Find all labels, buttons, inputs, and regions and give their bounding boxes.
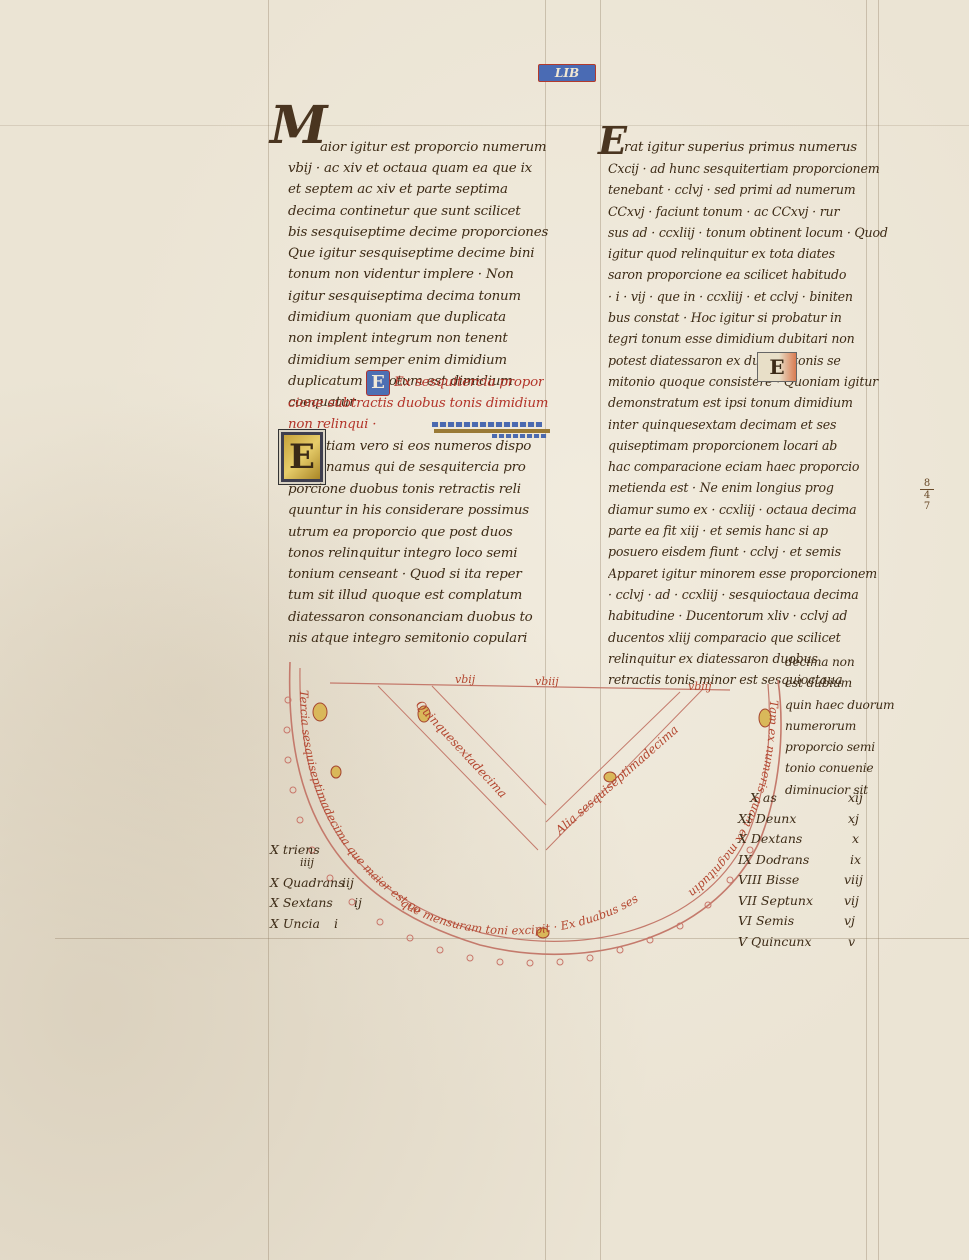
table-value: vj (844, 913, 855, 928)
table-value: x (852, 831, 859, 846)
table-value: v (848, 934, 855, 949)
table-value: i (334, 916, 338, 931)
diagram-arc-right-label: Tam ex numeris quam ex magnitudine semit… (0, 0, 781, 900)
table-name: X Sextans (270, 895, 333, 910)
table-name: X triens (270, 842, 320, 857)
table-name: X Dextans (738, 831, 802, 846)
table-name: X Quadrans (270, 875, 345, 890)
diagram-inner-left-label: Quinquesextadecima (413, 698, 510, 801)
diagram-top-label: vbiij (688, 680, 712, 693)
diagram-inner-right-label: Alia sesquiseptimadecima (552, 723, 681, 838)
table-value: xij (848, 790, 863, 805)
table-name: XI Deunx (738, 811, 796, 826)
table-value: iiij (300, 856, 314, 869)
table-name: VIII Bisse (738, 872, 799, 887)
table-value: xj (848, 811, 859, 826)
table-value: vij (844, 893, 859, 908)
semitone-diagram: vbij vbiij vbiij Quinquesextadecima Alia… (0, 0, 969, 1260)
table-value: ix (850, 852, 861, 867)
diagram-arc-left-label: Tercia sesquiseptimadecima que maior est… (0, 0, 424, 917)
table-name: X as (750, 790, 777, 805)
table-value: ij (354, 895, 362, 910)
table-name: VI Semis (738, 913, 794, 928)
table-name: IX Dodrans (738, 852, 809, 867)
table-value: viij (844, 872, 863, 887)
manuscript-page: LIB 8 4 7 M aior igitur est proporcio nu… (0, 0, 969, 1260)
table-name: X Uncia (270, 916, 320, 931)
table-name: VII Septunx (738, 893, 813, 908)
diagram-top-label: vbiij (535, 675, 559, 688)
table-value: iij (342, 875, 354, 890)
table-name: V Quincunx (738, 934, 812, 949)
diagram-top-label: vbij (455, 673, 476, 686)
